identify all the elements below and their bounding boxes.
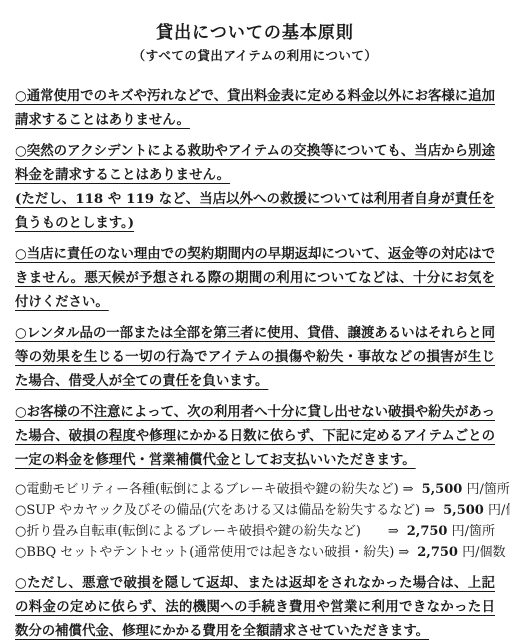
paragraph-text: ○当店に責任のない理由での契約期間内の早期返却について、返金等の対応はできません… [15,242,495,314]
fee-item-label: ○折り畳み自転車(転倒によるブレーキ破損や鍵の紛失など) [15,521,384,542]
fee-item-label: ○電動モビリティー各種(転倒によるブレーキ破損や鍵の紛失など) [15,479,399,500]
principle-paragraph-third-party: ○レンタル品の一部または全部を第三者に使用、貸借、譲渡あるいはそれらと同等の効果… [15,321,495,393]
arrow-right-icon: ⇒ [394,542,417,563]
principle-paragraph-malicious-damage: ○ただし、悪意で破損を隠して返却、または返却をされなかった場合は、上記の料金の定… [15,571,495,640]
fee-price: 5,500 円/箇所 [422,479,510,500]
fee-unit: 円/箇所 [466,482,509,497]
paragraph-note: (ただし、118 や 119 など、当店以外への救援については利用者自身が責任を… [15,187,495,235]
paragraph-text: ○お客様の不注意によって、次の利用者へ十分に貸し出せない破損や紛失があった場合、… [15,400,495,472]
fee-unit: 円/箇所 [452,524,495,539]
fee-price: 2,750 円/箇所 [407,521,495,542]
fee-amount: 2,750 [417,545,458,560]
paragraph-text: ○レンタル品の一部または全部を第三者に使用、貸借、譲渡あるいはそれらと同等の効果… [15,321,495,393]
fee-item-label: ○SUP やカヤック及びその備品(穴をあける又は備品を紛失するなど) [15,500,420,521]
fee-amount: 2,750 [407,524,448,539]
fee-amount: 5,500 [443,503,484,518]
fee-list: ○電動モビリティー各種(転倒によるブレーキ破損や鍵の紛失など) ⇒ 5,500 … [15,479,495,563]
fee-unit: 円/個数 [462,545,505,560]
fee-unit: 円/個数 [488,503,510,518]
document-subtitle: （すべての貸出アイテムの利用について） [15,46,495,64]
fee-amount: 5,500 [422,482,463,497]
principle-paragraph-normal-use: ○通常使用でのキズや汚れなどで、貸出料金表に定める料金以外にお客様に追加請求する… [15,84,495,132]
fee-row-bbq-tent: ○BBQ セットやテントセット(通常使用では起きない破損・紛失) ⇒ 2,750… [15,542,495,563]
fee-price: 5,500 円/個数 [443,500,510,521]
fee-row-sup-kayak: ○SUP やカヤック及びその備品(穴をあける又は備品を紛失するなど) ⇒ 5,5… [15,500,495,521]
arrow-right-icon: ⇒ [399,479,422,500]
paragraph-text: ○ただし、悪意で破損を隠して返却、または返却をされなかった場合は、上記の料金の定… [15,571,495,640]
arrow-right-icon: ⇒ [384,521,407,542]
principle-paragraph-accident: ○突然のアクシデントによる救助やアイテムの交換等についても、当店から別途料金を請… [15,139,495,235]
fee-row-folding-bike: ○折り畳み自転車(転倒によるブレーキ破損や鍵の紛失など) ⇒ 2,750 円/箇… [15,521,495,542]
fee-item-label: ○BBQ セットやテントセット(通常使用では起きない破損・紛失) [15,542,394,563]
arrow-right-icon: ⇒ [420,500,443,521]
paragraph-text: ○突然のアクシデントによる救助やアイテムの交換等についても、当店から別途料金を請… [15,139,495,187]
rental-principles-document: 貸出についての基本原則 （すべての貸出アイテムの利用について） ○通常使用でのキ… [0,0,510,640]
document-title: 貸出についての基本原則 [15,18,495,43]
fee-row-electric-mobility: ○電動モビリティー各種(転倒によるブレーキ破損や鍵の紛失など) ⇒ 5,500 … [15,479,495,500]
principle-paragraph-damage-fee: ○お客様の不注意によって、次の利用者へ十分に貸し出せない破損や紛失があった場合、… [15,400,495,472]
principle-paragraph-early-return: ○当店に責任のない理由での契約期間内の早期返却について、返金等の対応はできません… [15,242,495,314]
fee-price: 2,750 円/個数 [417,542,505,563]
paragraph-text: ○通常使用でのキズや汚れなどで、貸出料金表に定める料金以外にお客様に追加請求する… [15,84,495,132]
